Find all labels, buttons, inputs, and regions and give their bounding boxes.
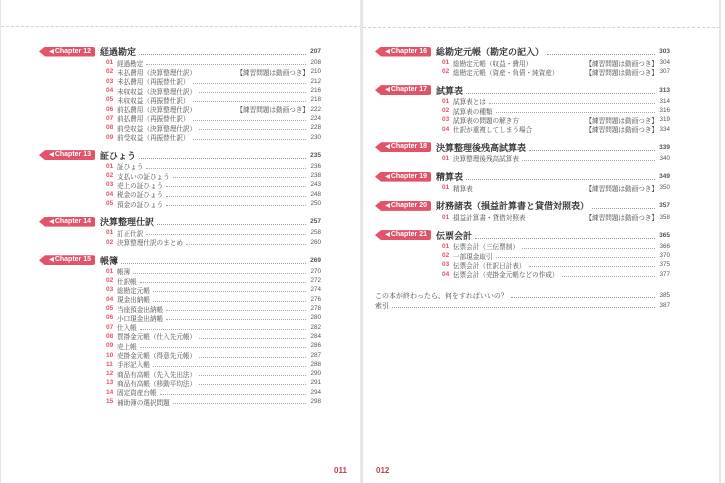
section-list: 01精算表【練習問題は動画つき】350 [442, 183, 670, 192]
toc-section-entry[interactable]: 02総勘定元帳（資産・負債・純資産）【練習問題は動画つき】307 [442, 67, 670, 76]
toc-section-entry[interactable]: 05未収収益（再振替仕訳）218 [106, 95, 321, 104]
toc-section-entry[interactable]: 03未払費用（再振替仕訳）212 [106, 77, 321, 86]
chapter-badge-label: Chapter 15 [55, 256, 91, 263]
section-number: 01 [106, 163, 117, 170]
section-number: 01 [442, 184, 453, 191]
chapter-title: 精算表 [436, 170, 463, 183]
dot-leader [529, 144, 655, 151]
section-number: 04 [106, 87, 117, 94]
dot-leader [199, 334, 306, 339]
appendix-page-number: 387 [658, 302, 670, 309]
chapter-badge-label: Chapter 21 [391, 231, 427, 238]
table-of-contents-right: ◀Chapter 16総勘定元帳（勘定の記入）30301総勘定元帳（収益・費用）… [375, 45, 670, 311]
section-number: 04 [442, 126, 453, 133]
section-list: 01帳簿27002仕訳帳27203総勘定元帳27404現金出納帳27605当座預… [106, 267, 321, 406]
dot-leader [489, 99, 655, 104]
section-page-number: 218 [309, 96, 321, 103]
dot-leader [186, 240, 306, 245]
dot-leader [193, 135, 306, 140]
section-number: 01 [442, 59, 453, 66]
section-page-number: 319 [658, 116, 670, 123]
section-list: 01決算整理後残高試算表340 [442, 154, 670, 163]
section-number: 12 [106, 370, 117, 377]
section-number: 07 [106, 115, 117, 122]
chapter-title: 決算整理後残高試算表 [436, 141, 526, 154]
section-page-number: 276 [309, 296, 321, 303]
section-page-number: 270 [309, 268, 321, 275]
toc-section-entry[interactable]: 01総勘定元帳（収益・費用）【練習問題は動画つき】304 [442, 58, 670, 67]
toc-section-entry[interactable]: 04伝票会計（売掛金元帳などの作成）377 [442, 270, 670, 279]
section-title: 損益計算書・貸借対照表 [453, 212, 526, 222]
chapter-page-number: 257 [309, 218, 321, 225]
arrow-left-icon: ◀ [49, 47, 54, 57]
arrow-left-icon: ◀ [385, 85, 390, 95]
section-page-number: 314 [658, 98, 670, 105]
section-number: 09 [106, 134, 117, 141]
video-practice-note: 【練習問題は動画つき】 [585, 183, 658, 193]
dot-leader [199, 125, 306, 130]
dot-leader [166, 315, 306, 320]
arrow-left-icon: ◀ [385, 172, 390, 182]
section-title: 決算整理仕訳のまとめ [117, 237, 183, 247]
dot-leader [199, 353, 306, 358]
dot-leader [157, 218, 306, 225]
section-page-number: 294 [309, 389, 321, 396]
toc-section-entry[interactable]: 07仕入帳282 [106, 323, 321, 332]
dot-leader [173, 399, 306, 404]
arrow-left-icon: ◀ [385, 230, 390, 240]
chapter-badge-label: Chapter 18 [391, 143, 427, 150]
section-number: 07 [106, 324, 117, 331]
section-page-number: 304 [658, 59, 670, 66]
section-number: 02 [106, 172, 117, 179]
toc-section-entry[interactable]: 03伝票会計（仕訳日計表）375 [442, 260, 670, 269]
section-page-number: 377 [658, 271, 670, 278]
section-number: 03 [106, 286, 117, 293]
toc-section-entry[interactable]: 04未収収益（決算整理仕訳）216 [106, 86, 321, 95]
chapter-page-number: 357 [658, 202, 670, 209]
section-page-number: 274 [309, 286, 321, 293]
chapter-page-number: 313 [658, 87, 670, 94]
video-practice-note: 【練習問題は動画つき】 [236, 67, 309, 77]
section-page-number: 258 [309, 229, 321, 236]
top-dashed-rule [1, 26, 362, 27]
section-number: 02 [442, 68, 453, 75]
toc-section-entry[interactable]: 04現金出納帳276 [106, 295, 321, 304]
section-list: 01試算表とは31402試算表の種類31603試算表の問題の解き方【練習問題は動… [442, 97, 670, 134]
chapter-badge-label: Chapter 12 [55, 48, 91, 55]
dot-leader [140, 325, 306, 330]
dot-leader [522, 156, 655, 161]
dot-leader [153, 297, 306, 302]
section-page-number: 278 [309, 305, 321, 312]
section-number: 03 [442, 116, 453, 123]
chapter-title: 試算表 [436, 84, 463, 97]
chapter-badge: ◀Chapter 17 [375, 85, 431, 95]
section-number: 08 [106, 333, 117, 340]
section-number: 02 [106, 277, 117, 284]
toc-section-entry[interactable]: 03総勘定元帳274 [106, 285, 321, 294]
right-page: ◀Chapter 16総勘定元帳（勘定の記入）30301総勘定元帳（収益・費用）… [362, 0, 721, 483]
dot-leader [199, 371, 306, 376]
page-number-left: 011 [334, 466, 347, 475]
toc-chapter: ◀Chapter 18決算整理後残高試算表33901決算整理後残高試算表340 [375, 141, 670, 163]
section-number: 05 [106, 96, 117, 103]
chapter-badge-label: Chapter 20 [391, 202, 427, 209]
left-page: ◀Chapter 12経過勘定20701経過勘定20802未払費用（決算整理仕訳… [0, 0, 361, 483]
toc-section-entry[interactable]: 01損益計算書・貸借対照表【練習問題は動画つき】358 [442, 212, 670, 221]
appendix-entries: この本が終わったら、何をすればいいの？385索引387 [375, 291, 670, 311]
toc-section-entry[interactable]: 01精算表【練習問題は動画つき】350 [442, 183, 670, 192]
toc-section-entry[interactable]: 04税金の証ひょう248 [106, 190, 321, 199]
chapter-page-number: 269 [309, 257, 321, 264]
chapter-heading[interactable]: ◀Chapter 18決算整理後残高試算表339 [375, 141, 670, 154]
page-number-right: 012 [376, 466, 389, 475]
video-practice-note: 【練習問題は動画つき】 [585, 212, 658, 222]
section-number: 08 [106, 124, 117, 131]
section-title: 仕訳が重複してしまう場合 [453, 124, 532, 134]
section-list: 01総勘定元帳（収益・費用）【練習問題は動画つき】30402総勘定元帳（資産・負… [442, 58, 670, 77]
section-list: 01伝票会計（三伝票制）36602一部現金取引37003伝票会計（仕訳日計表）3… [442, 242, 670, 279]
chapter-heading[interactable]: ◀Chapter 13証ひょう235 [39, 149, 321, 162]
section-title: 補助簿の選択問題 [117, 397, 170, 407]
toc-chapter: ◀Chapter 13証ひょう23501証ひょう23602支払いの証ひょう238… [39, 149, 321, 208]
chapter-heading[interactable]: ◀Chapter 14決算整理仕訳257 [39, 215, 321, 228]
section-number: 01 [106, 268, 117, 275]
section-number: 14 [106, 389, 117, 396]
section-page-number: 291 [309, 379, 321, 386]
section-page-number: 282 [309, 324, 321, 331]
toc-section-entry[interactable]: 09前受収益（再振替仕訳）230 [106, 132, 321, 141]
section-page-number: 290 [309, 370, 321, 377]
toc-section-entry[interactable]: 15補助簿の選択問題298 [106, 397, 321, 406]
arrow-left-icon: ◀ [49, 150, 54, 160]
toc-section-entry[interactable]: 01試算表とは314 [442, 97, 670, 106]
toc-chapter: ◀Chapter 19精算表34901精算表【練習問題は動画つき】350 [375, 170, 670, 192]
dot-leader [547, 48, 655, 55]
chapter-title: 証ひょう [100, 149, 136, 162]
section-number: 09 [106, 342, 117, 349]
toc-section-entry[interactable]: 07前払費用（再振替仕訳）224 [106, 114, 321, 123]
table-of-contents-left: ◀Chapter 12経過勘定20701経過勘定20802未払費用（決算整理仕訳… [39, 45, 321, 413]
section-list: 01訂正仕訳25802決算整理仕訳のまとめ260 [106, 228, 321, 247]
toc-chapter: ◀Chapter 16総勘定元帳（勘定の記入）30301総勘定元帳（収益・費用）… [375, 45, 670, 77]
section-number: 04 [106, 191, 117, 198]
section-page-number: 288 [309, 361, 321, 368]
chapter-heading[interactable]: ◀Chapter 17試算表313 [375, 84, 670, 97]
section-number: 02 [442, 107, 453, 114]
toc-section-entry[interactable]: 01経過勘定208 [106, 58, 321, 67]
chapter-badge: ◀Chapter 21 [375, 230, 431, 240]
dot-leader [199, 380, 306, 385]
section-number: 02 [442, 252, 453, 259]
section-number: 05 [106, 200, 117, 207]
section-list: 01損益計算書・貸借対照表【練習問題は動画つき】358 [442, 212, 670, 221]
section-number: 01 [106, 229, 117, 236]
toc-section-entry[interactable]: 03売上の証ひょう243 [106, 180, 321, 189]
section-title: 決算整理後残高試算表 [453, 153, 519, 163]
arrow-left-icon: ◀ [385, 142, 390, 152]
arrow-left-icon: ◀ [49, 217, 54, 227]
appendix-title: 索引 [375, 301, 389, 311]
toc-section-entry[interactable]: 02試算表の種類316 [442, 106, 670, 115]
toc-section-entry[interactable]: 08前受収益（決算整理仕訳）228 [106, 123, 321, 132]
section-title: 預金の証ひょう [117, 199, 163, 209]
toc-section-entry[interactable]: 04仕訳が重複してしまう場合【練習問題は動画つき】334 [442, 124, 670, 133]
dot-leader [139, 152, 306, 159]
dot-leader [392, 303, 655, 308]
section-page-number: 298 [309, 398, 321, 405]
section-number: 01 [106, 59, 117, 66]
toc-section-entry[interactable]: 01決算整理後残高試算表340 [442, 154, 670, 163]
chapter-title: 財務諸表（損益計算書と貸借対照表） [436, 199, 589, 212]
section-page-number: 212 [309, 78, 321, 85]
section-page-number: 316 [658, 107, 670, 114]
section-number: 10 [106, 352, 117, 359]
book-spread: ◀Chapter 12経過勘定20701経過勘定20802未払費用（決算整理仕訳… [0, 0, 725, 483]
section-number: 01 [442, 214, 453, 221]
toc-appendix-entry[interactable]: 索引387 [375, 301, 670, 311]
video-practice-note: 【練習問題は動画つき】 [585, 124, 658, 134]
chapter-badge-label: Chapter 19 [391, 173, 427, 180]
toc-section-entry[interactable]: 13商品有高帳（移動平均法）291 [106, 378, 321, 387]
chapter-page-number: 235 [309, 152, 321, 159]
dot-leader [146, 164, 306, 169]
toc-section-entry[interactable]: 02未払費用（決算整理仕訳）【練習問題は動画つき】210 [106, 67, 321, 76]
section-page-number: 286 [309, 342, 321, 349]
section-number: 13 [106, 379, 117, 386]
chapter-page-number: 339 [658, 144, 670, 151]
chapter-heading[interactable]: ◀Chapter 21伝票会計365 [375, 229, 670, 242]
chapter-badge: ◀Chapter 14 [39, 217, 95, 227]
chapter-badge-label: Chapter 16 [391, 48, 427, 55]
section-page-number: 375 [658, 261, 670, 268]
chapter-page-number: 303 [658, 48, 670, 55]
dot-leader [166, 306, 306, 311]
section-number: 02 [106, 239, 117, 246]
section-number: 03 [106, 181, 117, 188]
chapter-badge: ◀Chapter 16 [375, 47, 431, 57]
section-page-number: 248 [309, 191, 321, 198]
chapter-heading[interactable]: ◀Chapter 15帳簿269 [39, 254, 321, 267]
arrow-left-icon: ◀ [385, 201, 390, 211]
section-page-number: 284 [309, 333, 321, 340]
dot-leader [121, 257, 306, 264]
toc-section-entry[interactable]: 01伝票会計（三伝票制）366 [442, 242, 670, 251]
toc-chapter: ◀Chapter 14決算整理仕訳25701訂正仕訳25802決算整理仕訳のまと… [39, 215, 321, 247]
toc-chapter: ◀Chapter 20財務諸表（損益計算書と貸借対照表）35701損益計算書・貸… [375, 199, 670, 221]
video-practice-note: 【練習問題は動画つき】 [585, 67, 658, 77]
toc-section-entry[interactable]: 06前払費用（決算整理仕訳）【練習問題は動画つき】222 [106, 104, 321, 113]
section-page-number: 358 [658, 214, 670, 221]
dot-leader [160, 390, 306, 395]
dot-leader [193, 116, 306, 121]
chapter-title: 伝票会計 [436, 229, 472, 242]
video-practice-note: 【練習問題は動画つき】 [236, 104, 309, 114]
toc-section-entry[interactable]: 02仕訳帳272 [106, 276, 321, 285]
chapter-badge-label: Chapter 17 [391, 86, 427, 93]
toc-chapter: ◀Chapter 12経過勘定20701経過勘定20802未払費用（決算整理仕訳… [39, 45, 321, 142]
section-page-number: 366 [658, 243, 670, 250]
section-title: 前受収益（再振替仕訳） [117, 132, 190, 142]
dot-leader [592, 202, 655, 209]
section-number: 01 [442, 243, 453, 250]
section-page-number: 222 [309, 106, 321, 113]
section-page-number: 243 [309, 181, 321, 188]
dot-leader [166, 201, 306, 206]
dot-leader [522, 244, 655, 249]
section-page-number: 224 [309, 115, 321, 122]
section-page-number: 238 [309, 172, 321, 179]
dot-leader [511, 293, 655, 298]
section-page-number: 272 [309, 277, 321, 284]
toc-section-entry[interactable]: 10売掛金元帳（得意先元帳）287 [106, 350, 321, 359]
dot-leader [529, 262, 655, 267]
section-page-number: 260 [309, 239, 321, 246]
dot-leader [166, 182, 306, 187]
section-page-number: 208 [309, 59, 321, 66]
section-number: 04 [442, 271, 453, 278]
section-title: 精算表 [453, 183, 473, 193]
toc-section-entry[interactable]: 02一部現金取引370 [442, 251, 670, 260]
dot-leader [133, 269, 306, 274]
top-dashed-rule [363, 27, 720, 28]
appendix-title: この本が終わったら、何をすればいいの？ [375, 291, 508, 301]
dot-leader [153, 287, 306, 292]
section-page-number: 228 [309, 124, 321, 131]
toc-chapter: ◀Chapter 15帳簿26901帳簿27002仕訳帳27203総勘定元帳27… [39, 254, 321, 406]
arrow-left-icon: ◀ [49, 255, 54, 265]
dot-leader [146, 230, 306, 235]
dot-leader [166, 192, 306, 197]
chapter-badge-label: Chapter 13 [55, 151, 91, 158]
section-page-number: 287 [309, 352, 321, 359]
toc-section-entry[interactable]: 02支払いの証ひょう238 [106, 171, 321, 180]
section-number: 11 [106, 361, 117, 368]
toc-section-entry[interactable]: 09売上帳286 [106, 341, 321, 350]
dot-leader [140, 343, 306, 348]
dot-leader [466, 173, 655, 180]
dot-leader [562, 272, 656, 277]
toc-section-entry[interactable]: 01帳簿270 [106, 267, 321, 276]
section-page-number: 216 [309, 87, 321, 94]
chapter-badge: ◀Chapter 12 [39, 47, 95, 57]
chapter-badge: ◀Chapter 13 [39, 150, 95, 160]
section-number: 01 [442, 98, 453, 105]
dot-leader [193, 79, 306, 84]
chapter-title: 経過勘定 [100, 45, 136, 58]
chapter-badge: ◀Chapter 18 [375, 142, 431, 152]
chapter-page-number: 207 [309, 48, 321, 55]
chapter-badge: ◀Chapter 20 [375, 201, 431, 211]
dot-leader [153, 362, 306, 367]
section-page-number: 340 [658, 155, 670, 162]
toc-section-entry[interactable]: 05当座預金出納帳278 [106, 304, 321, 313]
chapter-heading[interactable]: ◀Chapter 16総勘定元帳（勘定の記入）303 [375, 45, 670, 58]
toc-section-entry[interactable]: 05預金の証ひょう250 [106, 199, 321, 208]
chapter-title: 帳簿 [100, 254, 118, 267]
dot-leader [199, 88, 306, 93]
section-number: 03 [442, 261, 453, 268]
chapter-badge: ◀Chapter 19 [375, 172, 431, 182]
section-page-number: 280 [309, 314, 321, 321]
chapter-page-number: 349 [658, 173, 670, 180]
section-title: 総勘定元帳（資産・負債・純資産） [453, 67, 559, 77]
section-title: 伝票会計（売掛金元帳などの作成） [453, 269, 559, 279]
section-page-number: 230 [309, 134, 321, 141]
section-page-number: 370 [658, 252, 670, 259]
section-number: 02 [106, 68, 117, 75]
toc-section-entry[interactable]: 14固定資産台帳294 [106, 388, 321, 397]
section-number: 03 [106, 78, 117, 85]
arrow-left-icon: ◀ [385, 47, 390, 57]
section-page-number: 334 [658, 126, 670, 133]
chapter-heading[interactable]: ◀Chapter 12経過勘定207 [39, 45, 321, 58]
section-number: 15 [106, 398, 117, 405]
toc-section-entry[interactable]: 08買掛金元帳（仕入先元帳）284 [106, 332, 321, 341]
section-page-number: 210 [309, 68, 321, 75]
toc-section-entry[interactable]: 01訂正仕訳258 [106, 228, 321, 237]
dot-leader [140, 278, 306, 283]
section-page-number: 236 [309, 163, 321, 170]
dot-leader [146, 60, 306, 65]
dot-leader [496, 253, 655, 258]
chapter-page-number: 365 [658, 232, 670, 239]
toc-section-entry[interactable]: 06小口現金出納帳280 [106, 313, 321, 322]
dot-leader [475, 232, 655, 239]
section-page-number: 350 [658, 184, 670, 191]
section-list: 01経過勘定20802未払費用（決算整理仕訳）【練習問題は動画つき】21003未… [106, 58, 321, 142]
section-number: 05 [106, 305, 117, 312]
toc-section-entry[interactable]: 03試算表の問題の解き方【練習問題は動画つき】319 [442, 115, 670, 124]
section-number: 06 [106, 314, 117, 321]
chapter-title: 決算整理仕訳 [100, 215, 154, 228]
section-page-number: 250 [309, 200, 321, 207]
section-number: 04 [106, 296, 117, 303]
toc-chapter: ◀Chapter 17試算表31301試算表とは31402試算表の種類31603… [375, 84, 670, 134]
section-number: 06 [106, 106, 117, 113]
toc-section-entry[interactable]: 11手形記入帳288 [106, 360, 321, 369]
chapter-title: 総勘定元帳（勘定の記入） [436, 45, 544, 58]
chapter-badge-label: Chapter 14 [55, 218, 91, 225]
toc-appendix-entry[interactable]: この本が終わったら、何をすればいいの？385 [375, 291, 670, 301]
dot-leader [173, 173, 306, 178]
dot-leader [466, 87, 655, 94]
chapter-heading[interactable]: ◀Chapter 20財務諸表（損益計算書と貸借対照表）357 [375, 199, 670, 212]
toc-chapter: ◀Chapter 21伝票会計36501伝票会計（三伝票制）36602一部現金取… [375, 229, 670, 279]
toc-section-entry[interactable]: 02決算整理仕訳のまとめ260 [106, 237, 321, 246]
section-list: 01証ひょう23602支払いの証ひょう23803売上の証ひょう24304税金の証… [106, 162, 321, 208]
appendix-page-number: 385 [658, 292, 670, 299]
section-page-number: 307 [658, 68, 670, 75]
section-number: 01 [442, 155, 453, 162]
toc-section-entry[interactable]: 01証ひょう236 [106, 162, 321, 171]
dot-leader [139, 48, 306, 55]
chapter-heading[interactable]: ◀Chapter 19精算表349 [375, 170, 670, 183]
dot-leader [496, 108, 655, 113]
chapter-badge: ◀Chapter 15 [39, 255, 95, 265]
dot-leader [193, 97, 306, 102]
toc-section-entry[interactable]: 12商品有高帳（先入先出法）290 [106, 369, 321, 378]
